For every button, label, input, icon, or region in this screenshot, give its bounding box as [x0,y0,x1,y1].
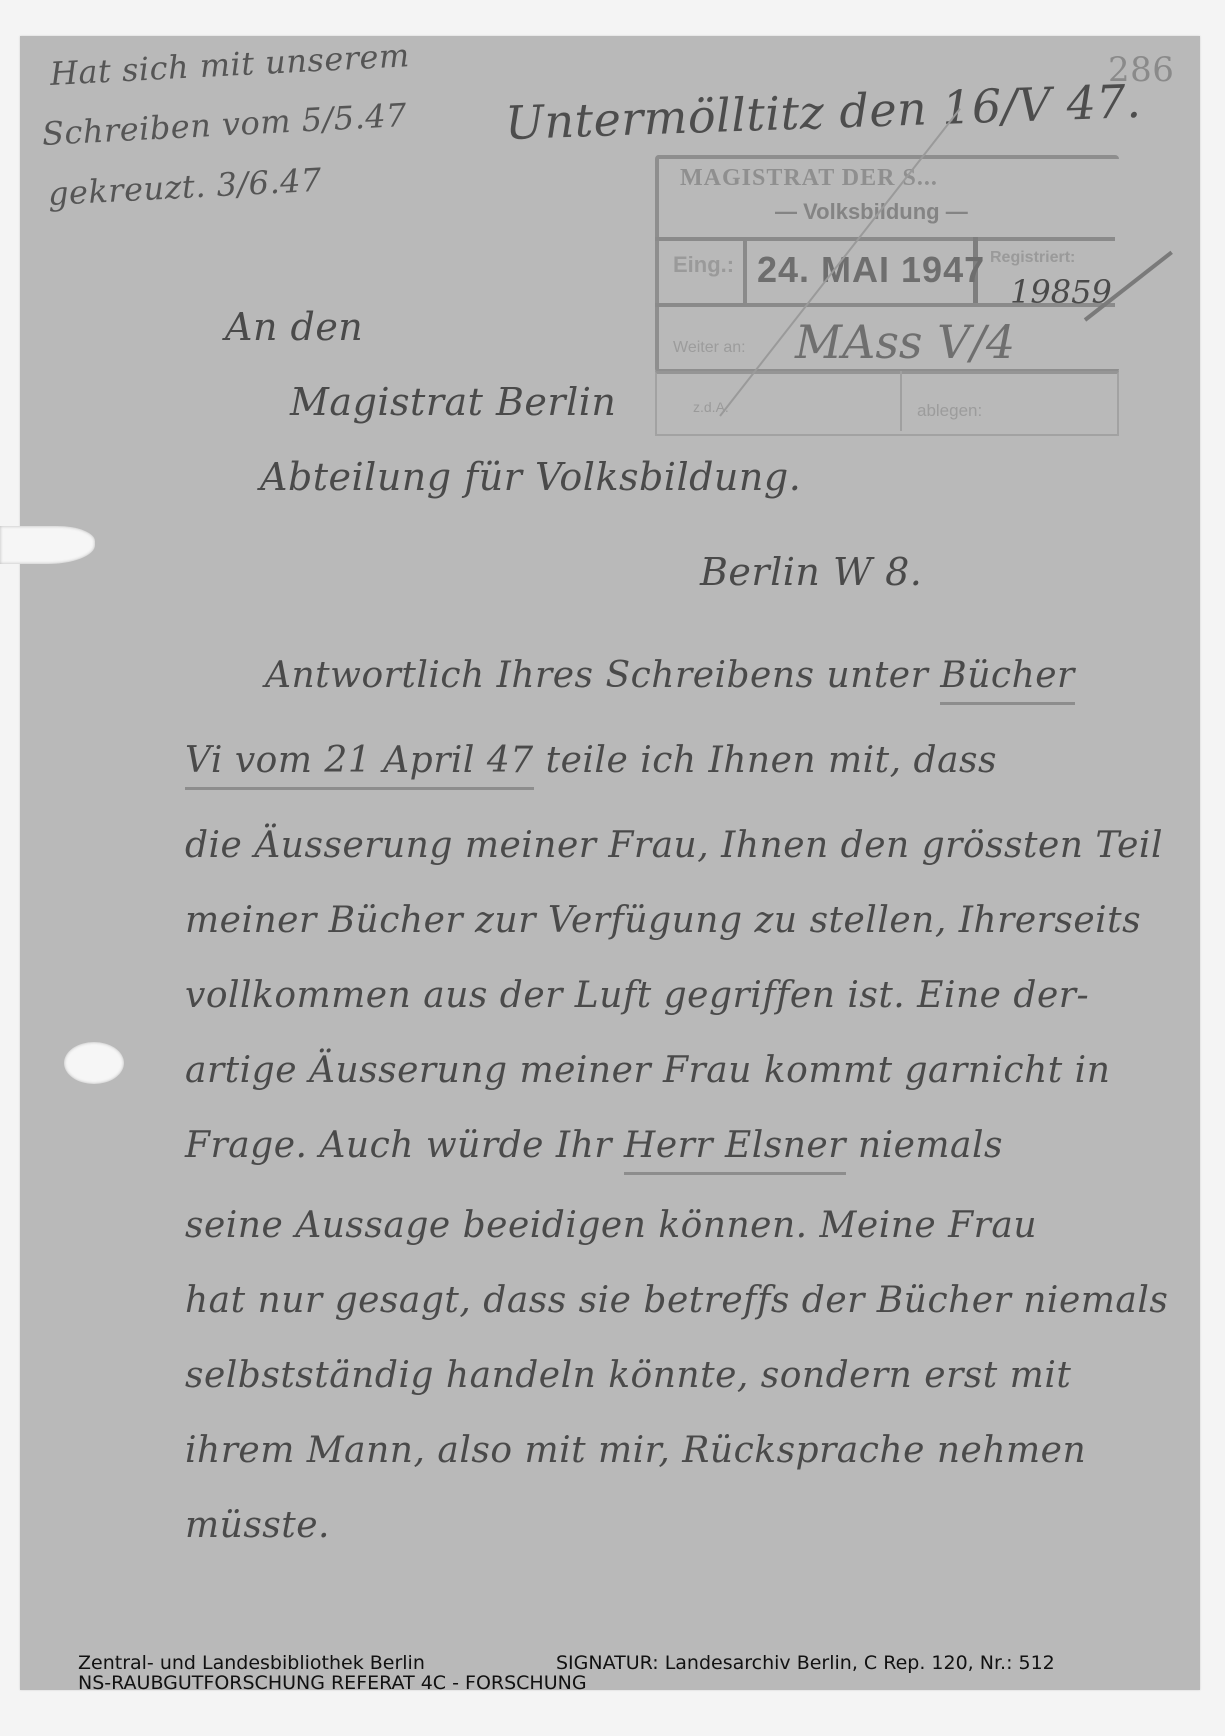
stamp-date: 24. MAI 1947 [757,249,985,291]
body-line-5: vollkommen aus der Luft gegriffen ist. E… [185,975,1089,1016]
footer-signatur: SIGNATUR: Landesarchiv Berlin, C Rep. 12… [556,1653,1055,1673]
recipient-line-2: Magistrat Berlin [290,380,616,424]
footer-institution: Zentral- und Landesbibliothek Berlin [78,1653,556,1673]
underlined-text: Herr Elsner [624,1125,846,1175]
body-line-3: die Äusserung meiner Frau, Ihnen den grö… [185,825,1163,866]
stamp-registration-number: 19859 [1010,273,1112,311]
recipient-line-1: An den [225,305,363,349]
footer-department: NS-RAUBGUTFORSCHUNG REFERAT 4C - FORSCHU… [78,1673,587,1693]
underlined-text: Bücher [940,655,1075,705]
body-line-4: meiner Bücher zur Verfügung zu stellen, … [185,900,1141,941]
body-line-9: hat nur gesagt, dass sie betreffs der Bü… [185,1280,1168,1321]
stamp-divider [743,237,747,303]
stamp-eingang-label: Eing.: [673,252,734,278]
page-number: 286 [1108,50,1174,90]
body-line-10: selbstständig handeln könnte, sondern er… [185,1355,1071,1396]
stamp-weiter-value: MAss V/4 [795,315,1015,369]
punch-hole-bottom [64,1042,124,1084]
body-line-11: ihrem Mann, also mit mir, Rücksprache ne… [185,1430,1086,1471]
recipient-city: Berlin W 8. [700,550,922,594]
stamp-ablegen-label: ablegen: [917,401,982,421]
underlined-text: Vi vom 21 April 47 [185,740,534,790]
body-line-7: Frage. Auch würde Ihr Herr Elsner niemal… [185,1125,1003,1166]
archive-footer: Zentral- und Landesbibliothek Berlin SIG… [78,1653,1055,1693]
stamp-divider [900,371,902,431]
body-line-1: Antwortlich Ihres Schreibens unter Büche… [265,655,1075,696]
recipient-line-3: Abteilung für Volksbildung. [260,455,801,499]
body-text: Antwortlich Ihres Schreibens unter [265,655,940,696]
body-line-8: seine Aussage beeidigen können. Meine Fr… [185,1205,1037,1246]
punch-hole-top [0,526,95,564]
body-text: Frage. Auch würde Ihr [185,1125,624,1166]
stamp-weiter-label: Weiter an: [673,339,746,357]
stamp-registriert-label: Registriert: [990,249,1075,267]
body-text: niemals [846,1125,1003,1166]
body-text: teile ich Ihnen mit, dass [534,740,997,781]
body-line-2: Vi vom 21 April 47 teile ich Ihnen mit, … [185,740,997,781]
body-line-12: müsste. [185,1505,330,1546]
body-line-6: artige Äusserung meiner Frau kommt garni… [185,1050,1110,1091]
